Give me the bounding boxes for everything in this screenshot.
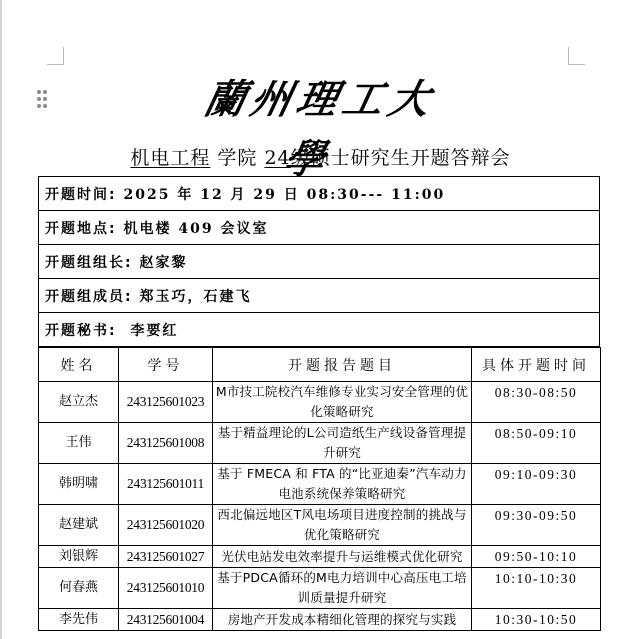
info-value: 赵家黎 bbox=[139, 255, 187, 271]
cell-id: 243125601020 bbox=[119, 505, 213, 546]
cell-time: 10:10-10:30 bbox=[472, 568, 601, 609]
university-logo: 蘭州理工大學 bbox=[189, 70, 452, 130]
title-college: 机电工程 bbox=[130, 147, 210, 169]
cell-name: 韩明啸 bbox=[39, 464, 119, 505]
header-time: 具体开题时间 bbox=[472, 348, 601, 382]
cell-topic: 西北偏远地区T风电场项目进度控制的挑战与优化策略研究 bbox=[213, 505, 472, 546]
cell-id: 243125601023 bbox=[119, 382, 213, 423]
title-grade: 24 bbox=[264, 147, 290, 169]
info-row-members: 开题组成员: 郑玉巧，石建飞 bbox=[39, 279, 600, 313]
cell-topic: 基于 FMECA 和 FTA 的“比亚迪秦”汽车动力电池系统保养策略研究 bbox=[213, 464, 472, 505]
cell-id: 243125601010 bbox=[119, 568, 213, 609]
cell-time: 09:10-09:30 bbox=[472, 464, 601, 505]
cell-name: 赵建斌 bbox=[39, 505, 119, 546]
info-label: 开题组成员: bbox=[45, 289, 133, 305]
table-row: 王伟 243125601008 基于精益理论的L公司造纸生产线设备管理提升研究 … bbox=[39, 423, 601, 464]
info-label: 开题组组长: bbox=[45, 255, 133, 271]
schedule-table: 姓名 学号 开题报告题目 具体开题时间 赵立杰 243125601023 M市技… bbox=[38, 347, 601, 631]
cell-name: 李先伟 bbox=[39, 609, 119, 631]
page-title: 机电工程 学院 24级硕士研究生开题答辩会 bbox=[0, 145, 641, 171]
table-row: 刘银辉 243125601027 光伏电站发电效率提升与运维模式优化研究 09:… bbox=[39, 546, 601, 568]
info-label: 开题时间: bbox=[45, 187, 117, 203]
cell-time: 08:50-09:10 bbox=[472, 423, 601, 464]
info-label: 开题秘书: bbox=[45, 323, 117, 339]
title-college-suffix: 学院 bbox=[217, 147, 257, 169]
info-value: 机电楼 409 会议室 bbox=[123, 221, 268, 237]
margin-corner-top-right bbox=[568, 47, 585, 65]
cell-name: 何春燕 bbox=[39, 568, 119, 609]
cell-id: 243125601011 bbox=[119, 464, 213, 505]
info-value: 郑玉巧，石建飞 bbox=[139, 289, 251, 305]
table-row: 赵立杰 243125601023 M市技工院校汽车维修专业实习安全管理的优化策略… bbox=[39, 382, 601, 423]
cell-time: 10:30-10:50 bbox=[472, 609, 601, 631]
cell-topic: 基于精益理论的L公司造纸生产线设备管理提升研究 bbox=[213, 423, 472, 464]
cell-topic: 基于PDCA循环的M电力培训中心高压电工培训质量提升研究 bbox=[213, 568, 472, 609]
cell-topic: M市技工院校汽车维修专业实习安全管理的优化策略研究 bbox=[213, 382, 472, 423]
table-drag-handle-icon[interactable] bbox=[37, 90, 49, 110]
cell-name: 刘银辉 bbox=[39, 546, 119, 568]
table-row: 韩明啸 243125601011 基于 FMECA 和 FTA 的“比亚迪秦”汽… bbox=[39, 464, 601, 505]
header-id: 学号 bbox=[119, 348, 213, 382]
header-name: 姓名 bbox=[39, 348, 119, 382]
cell-topic: 房地产开发成本精细化管理的探究与实践 bbox=[213, 609, 472, 631]
table-row: 何春燕 243125601010 基于PDCA循环的M电力培训中心高压电工培训质… bbox=[39, 568, 601, 609]
table-row: 赵建斌 243125601020 西北偏远地区T风电场项目进度控制的挑战与优化策… bbox=[39, 505, 601, 546]
margin-corner-top-left bbox=[47, 47, 64, 65]
info-row-leader: 开题组组长: 赵家黎 bbox=[39, 245, 600, 279]
cell-id: 243125601008 bbox=[119, 423, 213, 464]
cell-name: 王伟 bbox=[39, 423, 119, 464]
info-row-location: 开题地点: 机电楼 409 会议室 bbox=[39, 211, 600, 245]
cell-id: 243125601004 bbox=[119, 609, 213, 631]
cell-id: 243125601027 bbox=[119, 546, 213, 568]
info-row-time: 开题时间: 2025 年 12 月 29 日 08:30--- 11:00 bbox=[39, 177, 600, 211]
info-row-secretary: 开题秘书: 李要红 bbox=[39, 313, 600, 347]
cell-name: 赵立杰 bbox=[39, 382, 119, 423]
header-topic: 开题报告题目 bbox=[213, 348, 472, 382]
info-label: 开题地点: bbox=[45, 221, 117, 237]
info-value: 2025 年 12 月 29 日 08:30--- 11:00 bbox=[123, 187, 445, 203]
page-left-edge bbox=[0, 0, 2, 639]
cell-time: 09:30-09:50 bbox=[472, 505, 601, 546]
cell-time: 08:30-08:50 bbox=[472, 382, 601, 423]
cell-topic: 光伏电站发电效率提升与运维模式优化研究 bbox=[213, 546, 472, 568]
cell-time: 09:50-10:10 bbox=[472, 546, 601, 568]
info-table: 开题时间: 2025 年 12 月 29 日 08:30--- 11:00 开题… bbox=[38, 176, 600, 347]
table-header-row: 姓名 学号 开题报告题目 具体开题时间 bbox=[39, 348, 601, 382]
table-row: 李先伟 243125601004 房地产开发成本精细化管理的探究与实践 10:3… bbox=[39, 609, 601, 631]
title-rest: 级硕士研究生开题答辩会 bbox=[291, 147, 511, 169]
info-value: 李要红 bbox=[123, 323, 178, 339]
